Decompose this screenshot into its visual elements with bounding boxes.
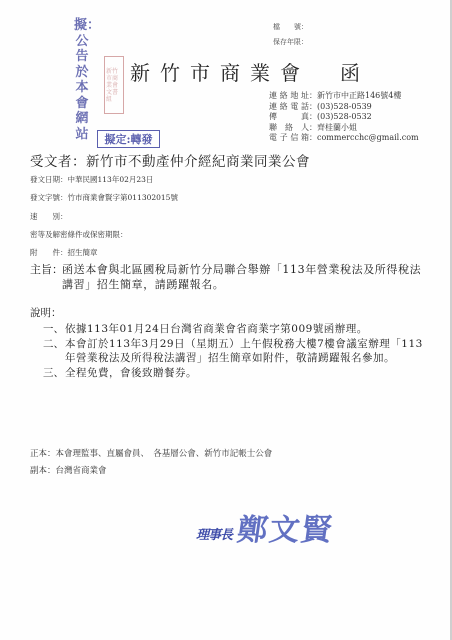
contact-value: 齊桂蘭小姐 <box>317 123 357 134</box>
recipient-line: 受文者：新竹市不動產仲介經紀商業同業公會 <box>30 150 310 170</box>
subject-text: 函送本會與北區國稅局新竹分局聯合舉辦「113年營業稅法及所得稅法講習」招生簡章，… <box>62 262 430 292</box>
explanation-item: 三、 全程免費，會後致贈餐券。 <box>43 366 423 381</box>
contact-fax: 傳 真：(03)528-0532 <box>269 112 419 123</box>
approval-box-stamp: 擬定:轉發 <box>97 130 160 148</box>
attachments: 附 件：招生簡章 <box>30 244 178 262</box>
contact-block: 連絡地址：新竹市中正路146號4樓 連絡電話：(03)528-0539 傳 真：… <box>269 91 419 144</box>
red-seal-stamp: 新竹市商業會文書組 <box>104 56 124 114</box>
recipient-value: 新竹市不動產仲介經紀商業同業公會 <box>86 154 310 170</box>
meta-label: 附 件： <box>30 248 68 257</box>
original-recipients: 正本：本會理監事、直屬會員、 各基層公會、新竹市記帳士公會 <box>30 446 272 463</box>
subject-section: 主旨： 函送本會與北區國稅局新竹分局聯合舉辦「113年營業稅法及所得稅法講習」招… <box>30 262 430 292</box>
distribution-list: 正本：本會理監事、直屬會員、 各基層公會、新竹市記帳士公會 副本：台灣省商業會 <box>30 446 272 480</box>
vertical-approval-stamp: 擬：公告於本會網站 <box>74 18 90 142</box>
contact-person: 聯 絡 人：齊桂蘭小姐 <box>269 123 419 134</box>
subject-label: 主旨： <box>30 262 63 277</box>
confidentiality: 密等及解密條件或保密期限： <box>30 226 178 244</box>
signature-title: 理事長 <box>196 524 232 543</box>
explanation-item: 二、 本會訂於113年3月29日（星期五）上午假稅務大樓7樓會議室辦理「113年… <box>43 337 423 366</box>
contact-email-value: commercchc@gmail.com <box>317 133 419 144</box>
meta-label: 發文字號： <box>30 193 68 202</box>
explanation-label: 說明： <box>30 305 62 320</box>
urgency: 速 別： <box>30 208 178 226</box>
contact-phone: 連絡電話：(03)528-0539 <box>269 102 419 113</box>
contact-label: 連絡地址 <box>269 91 309 102</box>
dispatch-date: 發文日期：中華民國113年02月23日 <box>30 171 178 189</box>
contact-value: 新竹市中正路146號4樓 <box>317 91 401 102</box>
file-meta: 檔 號： 保存年限： <box>273 20 309 50</box>
explanation-list: 一、 依據113年01月24日台灣省商業會省商業字第009號函辦理。 二、 本會… <box>43 322 423 380</box>
letterhead-title: 新竹市商業會 函 <box>130 57 370 86</box>
dist-label: 副本： <box>30 466 56 476</box>
item-number: 一、 <box>43 322 65 337</box>
file-number-row: 檔 號： <box>273 20 309 35</box>
dispatch-meta: 發文日期：中華民國113年02月23日 發文字號：竹市商業會賢字第0113020… <box>30 171 178 262</box>
copy-recipients: 副本：台灣省商業會 <box>30 463 272 480</box>
contact-email: 電子信箱：commercchc@gmail.com <box>269 133 419 144</box>
contact-label: 連絡電話 <box>269 102 309 113</box>
letter-page: 擬：公告於本會網站 新竹市商業會文書組 擬定:轉發 檔 號： 保存年限： 新竹市… <box>0 0 452 640</box>
explanation-item: 一、 依據113年01月24日台灣省商業會省商業字第009號函辦理。 <box>43 322 423 337</box>
contact-label: 電子信箱 <box>269 133 309 144</box>
signature-name: 鄭文賢 <box>235 505 337 549</box>
item-text: 本會訂於113年3月29日（星期五）上午假稅務大樓7樓會議室辦理「113年營業稅… <box>65 337 423 366</box>
contact-address: 連絡地址：新竹市中正路146號4樓 <box>269 91 419 102</box>
contact-value: (03)528-0532 <box>317 112 372 123</box>
contact-value: (03)528-0539 <box>317 102 372 113</box>
meta-label: 發文日期： <box>30 175 68 184</box>
dist-value: 台灣省商業會 <box>56 466 107 476</box>
dist-value: 本會理監事、直屬會員、 各基層公會、新竹市記帳士公會 <box>56 449 273 459</box>
meta-value: 竹市商業會賢字第011302015號 <box>68 193 178 202</box>
recipient-label: 受文者： <box>30 154 86 170</box>
chairman-signature: 理事長 鄭文賢 <box>196 505 334 549</box>
dist-label: 正本： <box>30 449 56 459</box>
file-number-label: 檔 號： <box>273 20 309 35</box>
item-number: 二、 <box>43 337 65 366</box>
meta-label: 密等及解密條件或保密期限： <box>30 230 128 239</box>
retention-row: 保存年限： <box>273 35 309 50</box>
contact-label: 傳 真 <box>269 112 309 123</box>
meta-label: 速 別： <box>30 212 68 221</box>
dispatch-number: 發文字號：竹市商業會賢字第011302015號 <box>30 189 178 207</box>
item-text: 依據113年01月24日台灣省商業會省商業字第009號函辦理。 <box>65 322 423 337</box>
retention-label: 保存年限： <box>273 35 309 50</box>
meta-value: 招生簡章 <box>68 248 98 257</box>
contact-label: 聯 絡 人 <box>269 123 309 134</box>
meta-value: 中華民國113年02月23日 <box>68 175 154 184</box>
item-text: 全程免費，會後致贈餐券。 <box>65 366 423 381</box>
item-number: 三、 <box>43 366 65 381</box>
